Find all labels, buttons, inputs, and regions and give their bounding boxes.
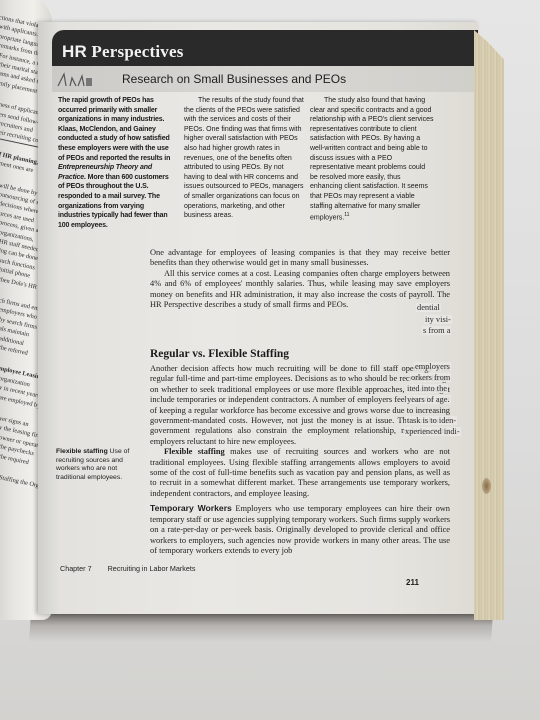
ghost-fragment: dential (416, 303, 441, 312)
hr-perspective-col-2: The results of the study found that the … (184, 96, 306, 221)
ghost-fragment: xperienced indi- (404, 427, 461, 436)
right-page: HR Perspectives Research on Small Busine… (38, 22, 478, 614)
book-page-edges (474, 30, 504, 620)
chapter-title: Recruiting in Labor Markets (108, 564, 196, 573)
banner-hr: HR (62, 42, 87, 61)
ghost-fragment: ity visi- (424, 315, 452, 324)
page-stain (482, 478, 491, 494)
chapter-label: Chapter 7 (60, 564, 92, 573)
ghost-fragment: task is to iden- (406, 416, 457, 425)
section-heading: Regular vs. Flexible Staffing (150, 348, 289, 360)
margin-glossary: Flexible staffing Use of recruiting sour… (56, 448, 142, 482)
banner-title: HR Perspectives (62, 42, 184, 62)
col1-text-b: . More than 600 customers of PEOs throug… (58, 174, 169, 229)
body-text-block-1: One advantage for employees of leasing c… (150, 248, 450, 310)
ghost-fragment: orkers from (410, 373, 451, 382)
decorative-graphic-icon (56, 68, 96, 88)
ghost-fragment: ited into the (406, 384, 448, 393)
hr-perspective-col-1: The rapid growth of PEOs has occurred pr… (58, 96, 176, 230)
body-text-block-2: Another decision affects how much recrui… (150, 364, 450, 556)
col2-text: The results of the study found that the … (184, 96, 306, 221)
footnote-marker: 11 (344, 212, 349, 218)
paragraph-1: One advantage for employees of leasing c… (150, 248, 450, 269)
paragraph-2: All this service comes at a cost. Leasin… (150, 269, 450, 311)
hr-perspective-col-3: The study also found that having clear a… (310, 96, 434, 223)
col3-text: The study also found that having clear a… (310, 97, 434, 221)
banner-perspectives: Perspectives (91, 42, 183, 61)
flexible-staffing-term: Flexible staffing (164, 447, 225, 456)
page-shadow (29, 612, 493, 642)
temporary-workers-heading: Temporary Workers (150, 503, 232, 513)
page-number: 211 (406, 578, 419, 587)
glossary-term: Flexible staffing (56, 448, 108, 455)
col1-text-a: The rapid growth of PEOs has occurred pr… (58, 97, 170, 162)
ghost-fragment: years of age. (406, 395, 451, 404)
ghost-fragment: employers (414, 362, 451, 371)
feature-title: Research on Small Businesses and PEOs (122, 72, 346, 86)
running-footer: Chapter 7 Recruiting in Labor Markets (60, 564, 195, 573)
ghost-fragment: s from a (422, 326, 451, 335)
